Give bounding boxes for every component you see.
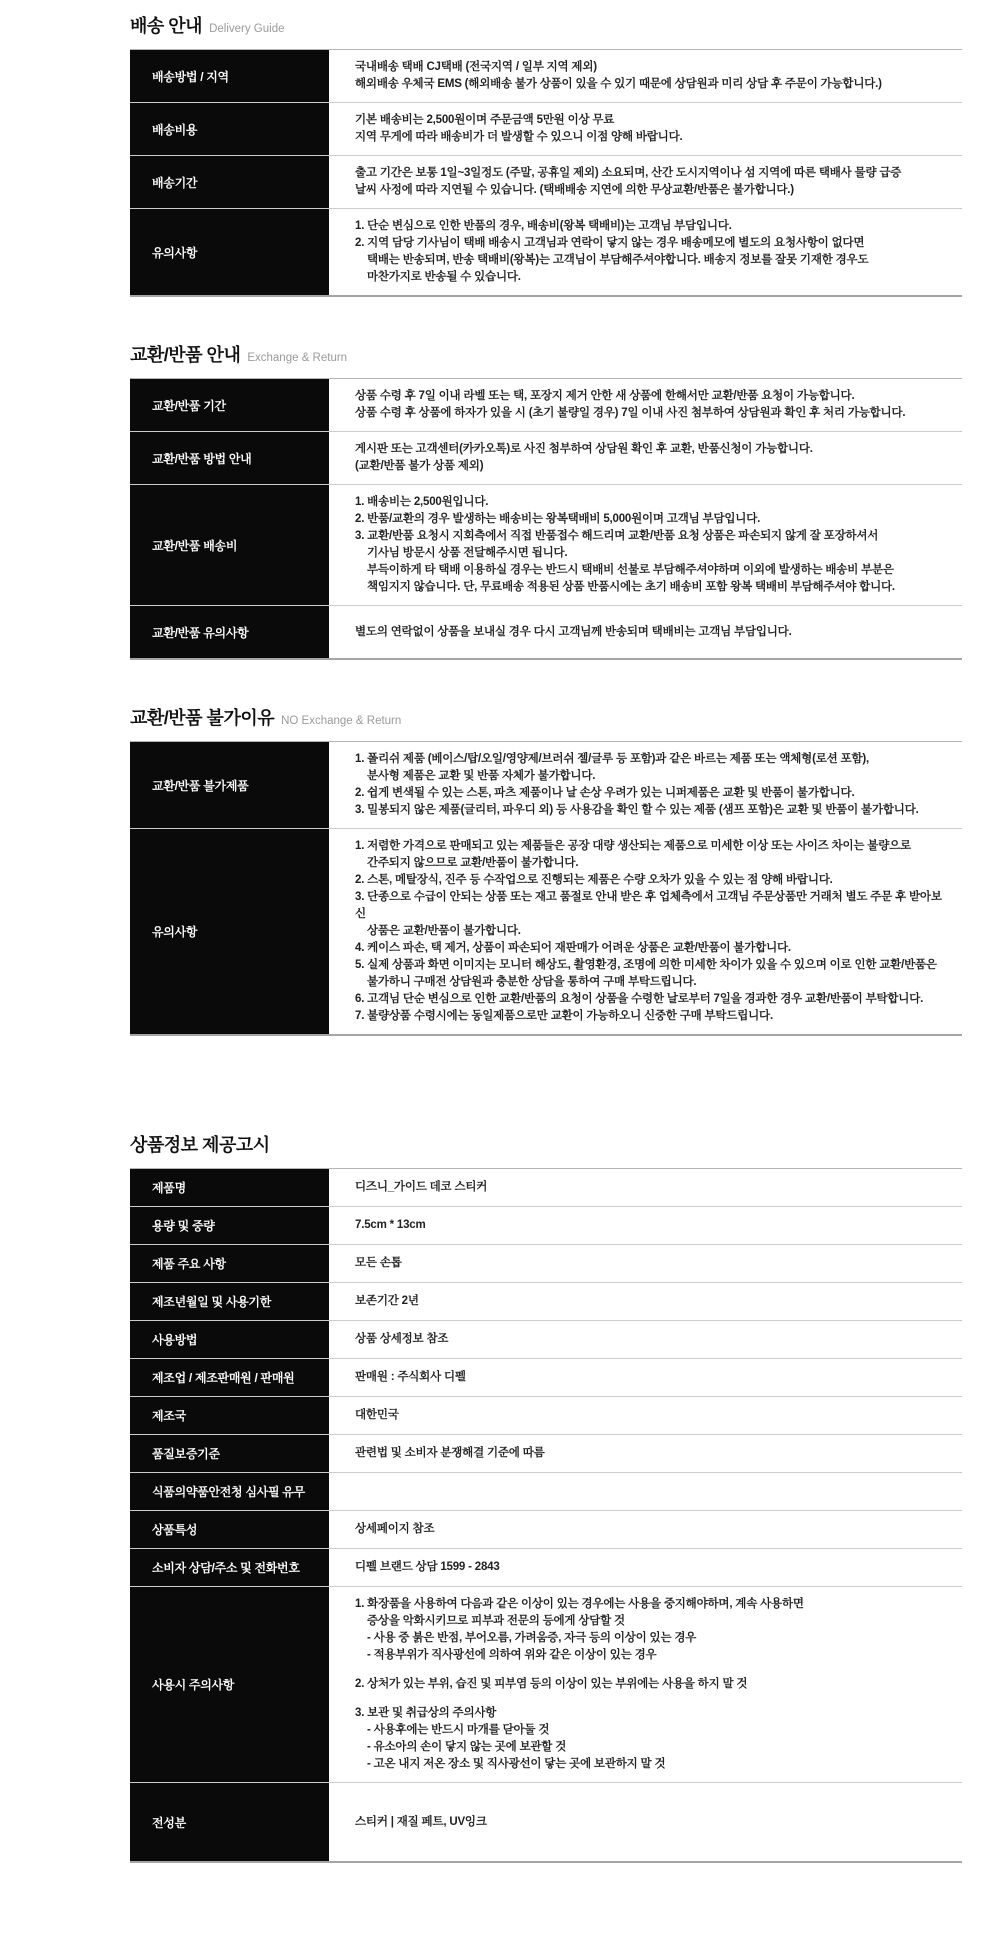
content-line: 4. 케이스 파손, 택 제거, 상품이 파손되어 재판매가 어려운 상품은 교… <box>355 940 950 957</box>
section-3: 교환/반품 불가이유NO Exchange & Return교환/반품 불가제품… <box>130 704 962 1036</box>
content-line: 택배는 반송되며, 반송 택배비(왕복)는 고객님이 부담해주셔야합니다. 배송… <box>355 252 950 269</box>
table-row: 전성분스티커 | 재질 페트, UV잉크 <box>130 1783 962 1861</box>
content-line: 상세페이지 참조 <box>355 1521 950 1538</box>
section-1: 배송 안내Delivery Guide배송방법 / 지역국내배송 택배 CJ택배… <box>130 12 962 297</box>
content-line: (교환/반품 불가 상품 제외) <box>355 458 950 475</box>
content-line: 2. 반품/교환의 경우 발생하는 배송비는 왕복택배비 5,000원이며 고객… <box>355 511 950 528</box>
content-line: - 적용부위가 직사광선에 의하여 위와 같은 이상이 있는 경우 <box>355 1647 950 1664</box>
content-line: 기사님 방문시 상품 전달해주시면 됩니다. <box>355 545 950 562</box>
content-line: 1. 저렴한 가격으로 판매되고 있는 제품들은 공장 대량 생산되는 제품으로… <box>355 838 950 855</box>
content-line: 게시판 또는 고객센터(카카오톡)로 사진 첨부하여 상담원 확인 후 교환, … <box>355 441 950 458</box>
row-content: 디즈니_가이드 데코 스티커 <box>335 1169 962 1206</box>
row-content: 국내배송 택배 CJ택배 (전국지역 / 일부 지역 제외)해외배송 우체국 E… <box>335 50 962 102</box>
content-line: 2. 쉽게 변색될 수 있는 스톤, 파츠 제품이나 날 손상 우려가 있는 니… <box>355 785 950 802</box>
info-table: 교환/반품 불가제품1. 폴리쉬 제품 (베이스/탑/오일/영양제/브러쉬 젤/… <box>130 741 962 1036</box>
row-label: 제조업 / 제조판매원 / 판매원 <box>130 1359 335 1396</box>
row-label: 제조년월일 및 사용기한 <box>130 1283 335 1320</box>
table-row: 교환/반품 배송비1. 배송비는 2,500원입니다.2. 반품/교환의 경우 … <box>130 485 962 606</box>
table-row: 교환/반품 기간상품 수령 후 7일 이내 라벨 또는 택, 포장지 제거 안한… <box>130 379 962 432</box>
info-table: 제품명디즈니_가이드 데코 스티커용량 및 중량7.5cm * 13cm제품 주… <box>130 1168 962 1863</box>
row-label: 소비자 상담/주소 및 전화번호 <box>130 1549 335 1586</box>
content-line: 기본 배송비는 2,500원이며 주문금액 5만원 이상 무료 <box>355 112 950 129</box>
content-line: 불가하니 구매전 상담원과 충분한 상담을 통하여 구매 부탁드립니다. <box>355 974 950 991</box>
table-row: 제품명디즈니_가이드 데코 스티커 <box>130 1169 962 1207</box>
row-content: 상품 수령 후 7일 이내 라벨 또는 택, 포장지 제거 안한 새 상품에 한… <box>335 379 962 431</box>
row-content: 기본 배송비는 2,500원이며 주문금액 5만원 이상 무료지역 무게에 따라… <box>335 103 962 155</box>
content-line: - 유소아의 손이 닿지 않는 곳에 보관할 것 <box>355 1739 950 1756</box>
content-line: 날씨 사정에 따라 지연될 수 있습니다. (택배배송 지연에 의한 무상교환/… <box>355 182 950 199</box>
table-row: 제조년월일 및 사용기한보존기간 2년 <box>130 1283 962 1321</box>
content-line: 마찬가지로 반송될 수 있습니다. <box>355 269 950 286</box>
content-line: 해외배송 우체국 EMS (해외배송 불가 상품이 있을 수 있기 때문에 상담… <box>355 76 950 93</box>
content-line: 3. 밀봉되지 않은 제품(글리터, 파우디 외) 등 사용감을 확인 할 수 … <box>355 802 950 819</box>
section-title: 배송 안내Delivery Guide <box>130 12 962 38</box>
table-row: 사용방법상품 상세정보 참조 <box>130 1321 962 1359</box>
info-table: 배송방법 / 지역국내배송 택배 CJ택배 (전국지역 / 일부 지역 제외)해… <box>130 49 962 297</box>
content-line: 상품 상세정보 참조 <box>355 1331 950 1348</box>
content-line: 상품 수령 후 상품에 하자가 있을 시 (초기 불량일 경우) 7일 이내 사… <box>355 405 950 422</box>
row-label: 식품의약품안전청 심사필 유무 <box>130 1473 335 1510</box>
content-line: 1. 배송비는 2,500원입니다. <box>355 494 950 511</box>
content-line <box>355 1693 950 1705</box>
section-title-en: Exchange & Return <box>247 352 347 364</box>
section-title-ko: 교환/반품 불가이유 <box>130 708 274 728</box>
section-4: 상품정보 제공고시제품명디즈니_가이드 데코 스티커용량 및 중량7.5cm *… <box>130 1131 962 1863</box>
table-row: 식품의약품안전청 심사필 유무 <box>130 1473 962 1511</box>
row-label: 사용시 주의사항 <box>130 1587 335 1782</box>
table-row: 유의사항1. 저렴한 가격으로 판매되고 있는 제품들은 공장 대량 생산되는 … <box>130 829 962 1034</box>
table-row: 교환/반품 불가제품1. 폴리쉬 제품 (베이스/탑/오일/영양제/브러쉬 젤/… <box>130 742 962 829</box>
row-content: 1. 폴리쉬 제품 (베이스/탑/오일/영양제/브러쉬 젤/글루 등 포함)과 … <box>335 742 962 828</box>
table-row: 상품특성상세페이지 참조 <box>130 1511 962 1549</box>
table-row: 교환/반품 유의사항별도의 연락없이 상품을 보내실 경우 다시 고객님께 반송… <box>130 606 962 658</box>
table-row: 배송방법 / 지역국내배송 택배 CJ택배 (전국지역 / 일부 지역 제외)해… <box>130 50 962 103</box>
content-line: 7.5cm * 13cm <box>355 1217 950 1234</box>
row-label: 배송비용 <box>130 103 335 155</box>
table-row: 유의사항1. 단순 변심으로 인한 반품의 경우, 배송비(왕복 택배비)는 고… <box>130 209 962 295</box>
row-label: 교환/반품 배송비 <box>130 485 335 605</box>
content-line: 1. 단순 변심으로 인한 반품의 경우, 배송비(왕복 택배비)는 고객님 부… <box>355 218 950 235</box>
row-label: 유의사항 <box>130 829 335 1034</box>
content-line: 상품은 교환/반품이 불가합니다. <box>355 923 950 940</box>
table-row: 배송비용기본 배송비는 2,500원이며 주문금액 5만원 이상 무료지역 무게… <box>130 103 962 156</box>
table-row: 교환/반품 방법 안내게시판 또는 고객센터(카카오톡)로 사진 첨부하여 상담… <box>130 432 962 485</box>
section-title: 상품정보 제공고시 <box>130 1131 962 1157</box>
row-content: 스티커 | 재질 페트, UV잉크 <box>335 1783 962 1861</box>
info-table: 교환/반품 기간상품 수령 후 7일 이내 라벨 또는 택, 포장지 제거 안한… <box>130 378 962 660</box>
table-row: 용량 및 중량7.5cm * 13cm <box>130 1207 962 1245</box>
row-content: 관련법 및 소비자 분쟁해결 기준에 따름 <box>335 1435 962 1472</box>
content-line: 상품 수령 후 7일 이내 라벨 또는 택, 포장지 제거 안한 새 상품에 한… <box>355 388 950 405</box>
row-label: 제품 주요 사항 <box>130 1245 335 1282</box>
content-line: 별도의 연락없이 상품을 보내실 경우 다시 고객님께 반송되며 택배비는 고객… <box>355 624 950 641</box>
content-line: 6. 고객님 단순 변심으로 인한 교환/반품의 요청이 상품을 수령한 날로부… <box>355 991 950 1008</box>
content-line: 1. 화장품을 사용하여 다음과 같은 이상이 있는 경우에는 사용을 중지해야… <box>355 1596 950 1613</box>
row-label: 교환/반품 유의사항 <box>130 606 335 658</box>
table-row: 제조국대한민국 <box>130 1397 962 1435</box>
row-label: 교환/반품 불가제품 <box>130 742 335 828</box>
row-content: 7.5cm * 13cm <box>335 1207 962 1244</box>
content-line: 판매원 : 주식회사 디펠 <box>355 1369 950 1386</box>
table-row: 제조업 / 제조판매원 / 판매원판매원 : 주식회사 디펠 <box>130 1359 962 1397</box>
row-content: 보존기간 2년 <box>335 1283 962 1320</box>
row-label: 사용방법 <box>130 1321 335 1358</box>
content-line: - 고온 내지 저온 장소 및 직사광선이 닿는 곳에 보관하지 말 것 <box>355 1756 950 1773</box>
table-row: 사용시 주의사항1. 화장품을 사용하여 다음과 같은 이상이 있는 경우에는 … <box>130 1587 962 1783</box>
content-line: 디펠 브랜드 상담 1599 - 2843 <box>355 1559 950 1576</box>
row-content: 1. 화장품을 사용하여 다음과 같은 이상이 있는 경우에는 사용을 중지해야… <box>335 1587 962 1782</box>
product-info-page: 배송 안내Delivery Guide배송방법 / 지역국내배송 택배 CJ택배… <box>0 0 1000 1952</box>
content-line: 국내배송 택배 CJ택배 (전국지역 / 일부 지역 제외) <box>355 59 950 76</box>
content-line: 3. 단종으로 수급이 안되는 상품 또는 재고 품절로 안내 받은 후 업체측… <box>355 889 950 923</box>
row-label: 용량 및 중량 <box>130 1207 335 1244</box>
content-line: 지역 무게에 따라 배송비가 더 발생할 수 있으니 이점 양해 바랍니다. <box>355 129 950 146</box>
row-content <box>335 1473 962 1510</box>
content-line: 7. 불량상품 수령시에는 동일제품으로만 교환이 가능하오니 신중한 구매 부… <box>355 1008 950 1025</box>
content-line: 3. 교환/반품 요청시 지회측에서 직접 반품접수 해드리며 교환/반품 요청… <box>355 528 950 545</box>
content-line: 보존기간 2년 <box>355 1293 950 1310</box>
content-line: 간주되지 않으므로 교환/반품이 불가합니다. <box>355 855 950 872</box>
content-line: 2. 상처가 있는 부위, 습진 및 피부염 등의 이상이 있는 부위에는 사용… <box>355 1676 950 1693</box>
row-label: 상품특성 <box>130 1511 335 1548</box>
row-label: 유의사항 <box>130 209 335 295</box>
content-line: 책임지지 않습니다. 단, 무료배송 적용된 상품 반품시에는 초기 배송비 포… <box>355 579 950 596</box>
row-content: 디펠 브랜드 상담 1599 - 2843 <box>335 1549 962 1586</box>
section-title-en: Delivery Guide <box>209 23 284 35</box>
section-title-ko: 상품정보 제공고시 <box>130 1135 270 1155</box>
row-content: 대한민국 <box>335 1397 962 1434</box>
section-2: 교환/반품 안내Exchange & Return교환/반품 기간상품 수령 후… <box>130 341 962 660</box>
section-title-en: NO Exchange & Return <box>281 715 401 727</box>
row-label: 제품명 <box>130 1169 335 1206</box>
content-line: 스티커 | 재질 페트, UV잉크 <box>355 1814 950 1831</box>
content-line: 2. 지역 담당 기사님이 택배 배송시 고객님과 연락이 닿지 않는 경우 배… <box>355 235 950 252</box>
content-line: 부득이하게 타 택배 이용하실 경우는 반드시 택배비 선불로 부담해주셔야하며… <box>355 562 950 579</box>
sections-container: 배송 안내Delivery Guide배송방법 / 지역국내배송 택배 CJ택배… <box>130 12 962 1863</box>
row-label: 배송방법 / 지역 <box>130 50 335 102</box>
row-content: 게시판 또는 고객센터(카카오톡)로 사진 첨부하여 상담원 확인 후 교환, … <box>335 432 962 484</box>
row-content: 판매원 : 주식회사 디펠 <box>335 1359 962 1396</box>
content-line: - 사용 중 붉은 반점, 부어오름, 가려움증, 자극 등의 이상이 있는 경… <box>355 1630 950 1647</box>
content-line <box>355 1664 950 1676</box>
content-line: 대한민국 <box>355 1407 950 1424</box>
content-line: 분사형 제품은 교환 및 반품 자체가 불가합니다. <box>355 768 950 785</box>
content-line: 3. 보관 및 취급상의 주의사항 <box>355 1705 950 1722</box>
row-label: 제조국 <box>130 1397 335 1434</box>
row-content: 모든 손톱 <box>335 1245 962 1282</box>
content-line: 1. 폴리쉬 제품 (베이스/탑/오일/영양제/브러쉬 젤/글루 등 포함)과 … <box>355 751 950 768</box>
table-row: 제품 주요 사항모든 손톱 <box>130 1245 962 1283</box>
row-label: 배송기간 <box>130 156 335 208</box>
row-label: 교환/반품 방법 안내 <box>130 432 335 484</box>
content-line: 관련법 및 소비자 분쟁해결 기준에 따름 <box>355 1445 950 1462</box>
row-content: 상품 상세정보 참조 <box>335 1321 962 1358</box>
content-line: 모든 손톱 <box>355 1255 950 1272</box>
content-line: 디즈니_가이드 데코 스티커 <box>355 1179 950 1196</box>
section-title-ko: 배송 안내 <box>130 16 202 36</box>
content-line: - 사용후에는 반드시 마개를 닫아둘 것 <box>355 1722 950 1739</box>
row-content: 1. 배송비는 2,500원입니다.2. 반품/교환의 경우 발생하는 배송비는… <box>335 485 962 605</box>
content-line: 증상을 악화시키므로 피부과 전문의 등에게 상담할 것 <box>355 1613 950 1630</box>
content-line: 2. 스톤, 메탈장식, 진주 등 수작업으로 진행되는 제품은 수량 오차가 … <box>355 872 950 889</box>
table-row: 소비자 상담/주소 및 전화번호디펠 브랜드 상담 1599 - 2843 <box>130 1549 962 1587</box>
table-row: 배송기간출고 기간은 보통 1일~3일정도 (주말, 공휴일 제외) 소요되며,… <box>130 156 962 209</box>
content-line: 5. 실제 상품과 화면 이미지는 모니터 해상도, 촬영환경, 조명에 의한 … <box>355 957 950 974</box>
row-content: 1. 단순 변심으로 인한 반품의 경우, 배송비(왕복 택배비)는 고객님 부… <box>335 209 962 295</box>
row-content: 1. 저렴한 가격으로 판매되고 있는 제품들은 공장 대량 생산되는 제품으로… <box>335 829 962 1034</box>
row-label: 품질보증기준 <box>130 1435 335 1472</box>
section-title: 교환/반품 불가이유NO Exchange & Return <box>130 704 962 730</box>
row-content: 별도의 연락없이 상품을 보내실 경우 다시 고객님께 반송되며 택배비는 고객… <box>335 606 962 658</box>
row-label: 전성분 <box>130 1783 335 1861</box>
table-row: 품질보증기준관련법 및 소비자 분쟁해결 기준에 따름 <box>130 1435 962 1473</box>
row-content: 상세페이지 참조 <box>335 1511 962 1548</box>
section-title: 교환/반품 안내Exchange & Return <box>130 341 962 367</box>
content-line: 출고 기간은 보통 1일~3일정도 (주말, 공휴일 제외) 소요되며, 산간 … <box>355 165 950 182</box>
row-label: 교환/반품 기간 <box>130 379 335 431</box>
section-title-ko: 교환/반품 안내 <box>130 345 240 365</box>
row-content: 출고 기간은 보통 1일~3일정도 (주말, 공휴일 제외) 소요되며, 산간 … <box>335 156 962 208</box>
